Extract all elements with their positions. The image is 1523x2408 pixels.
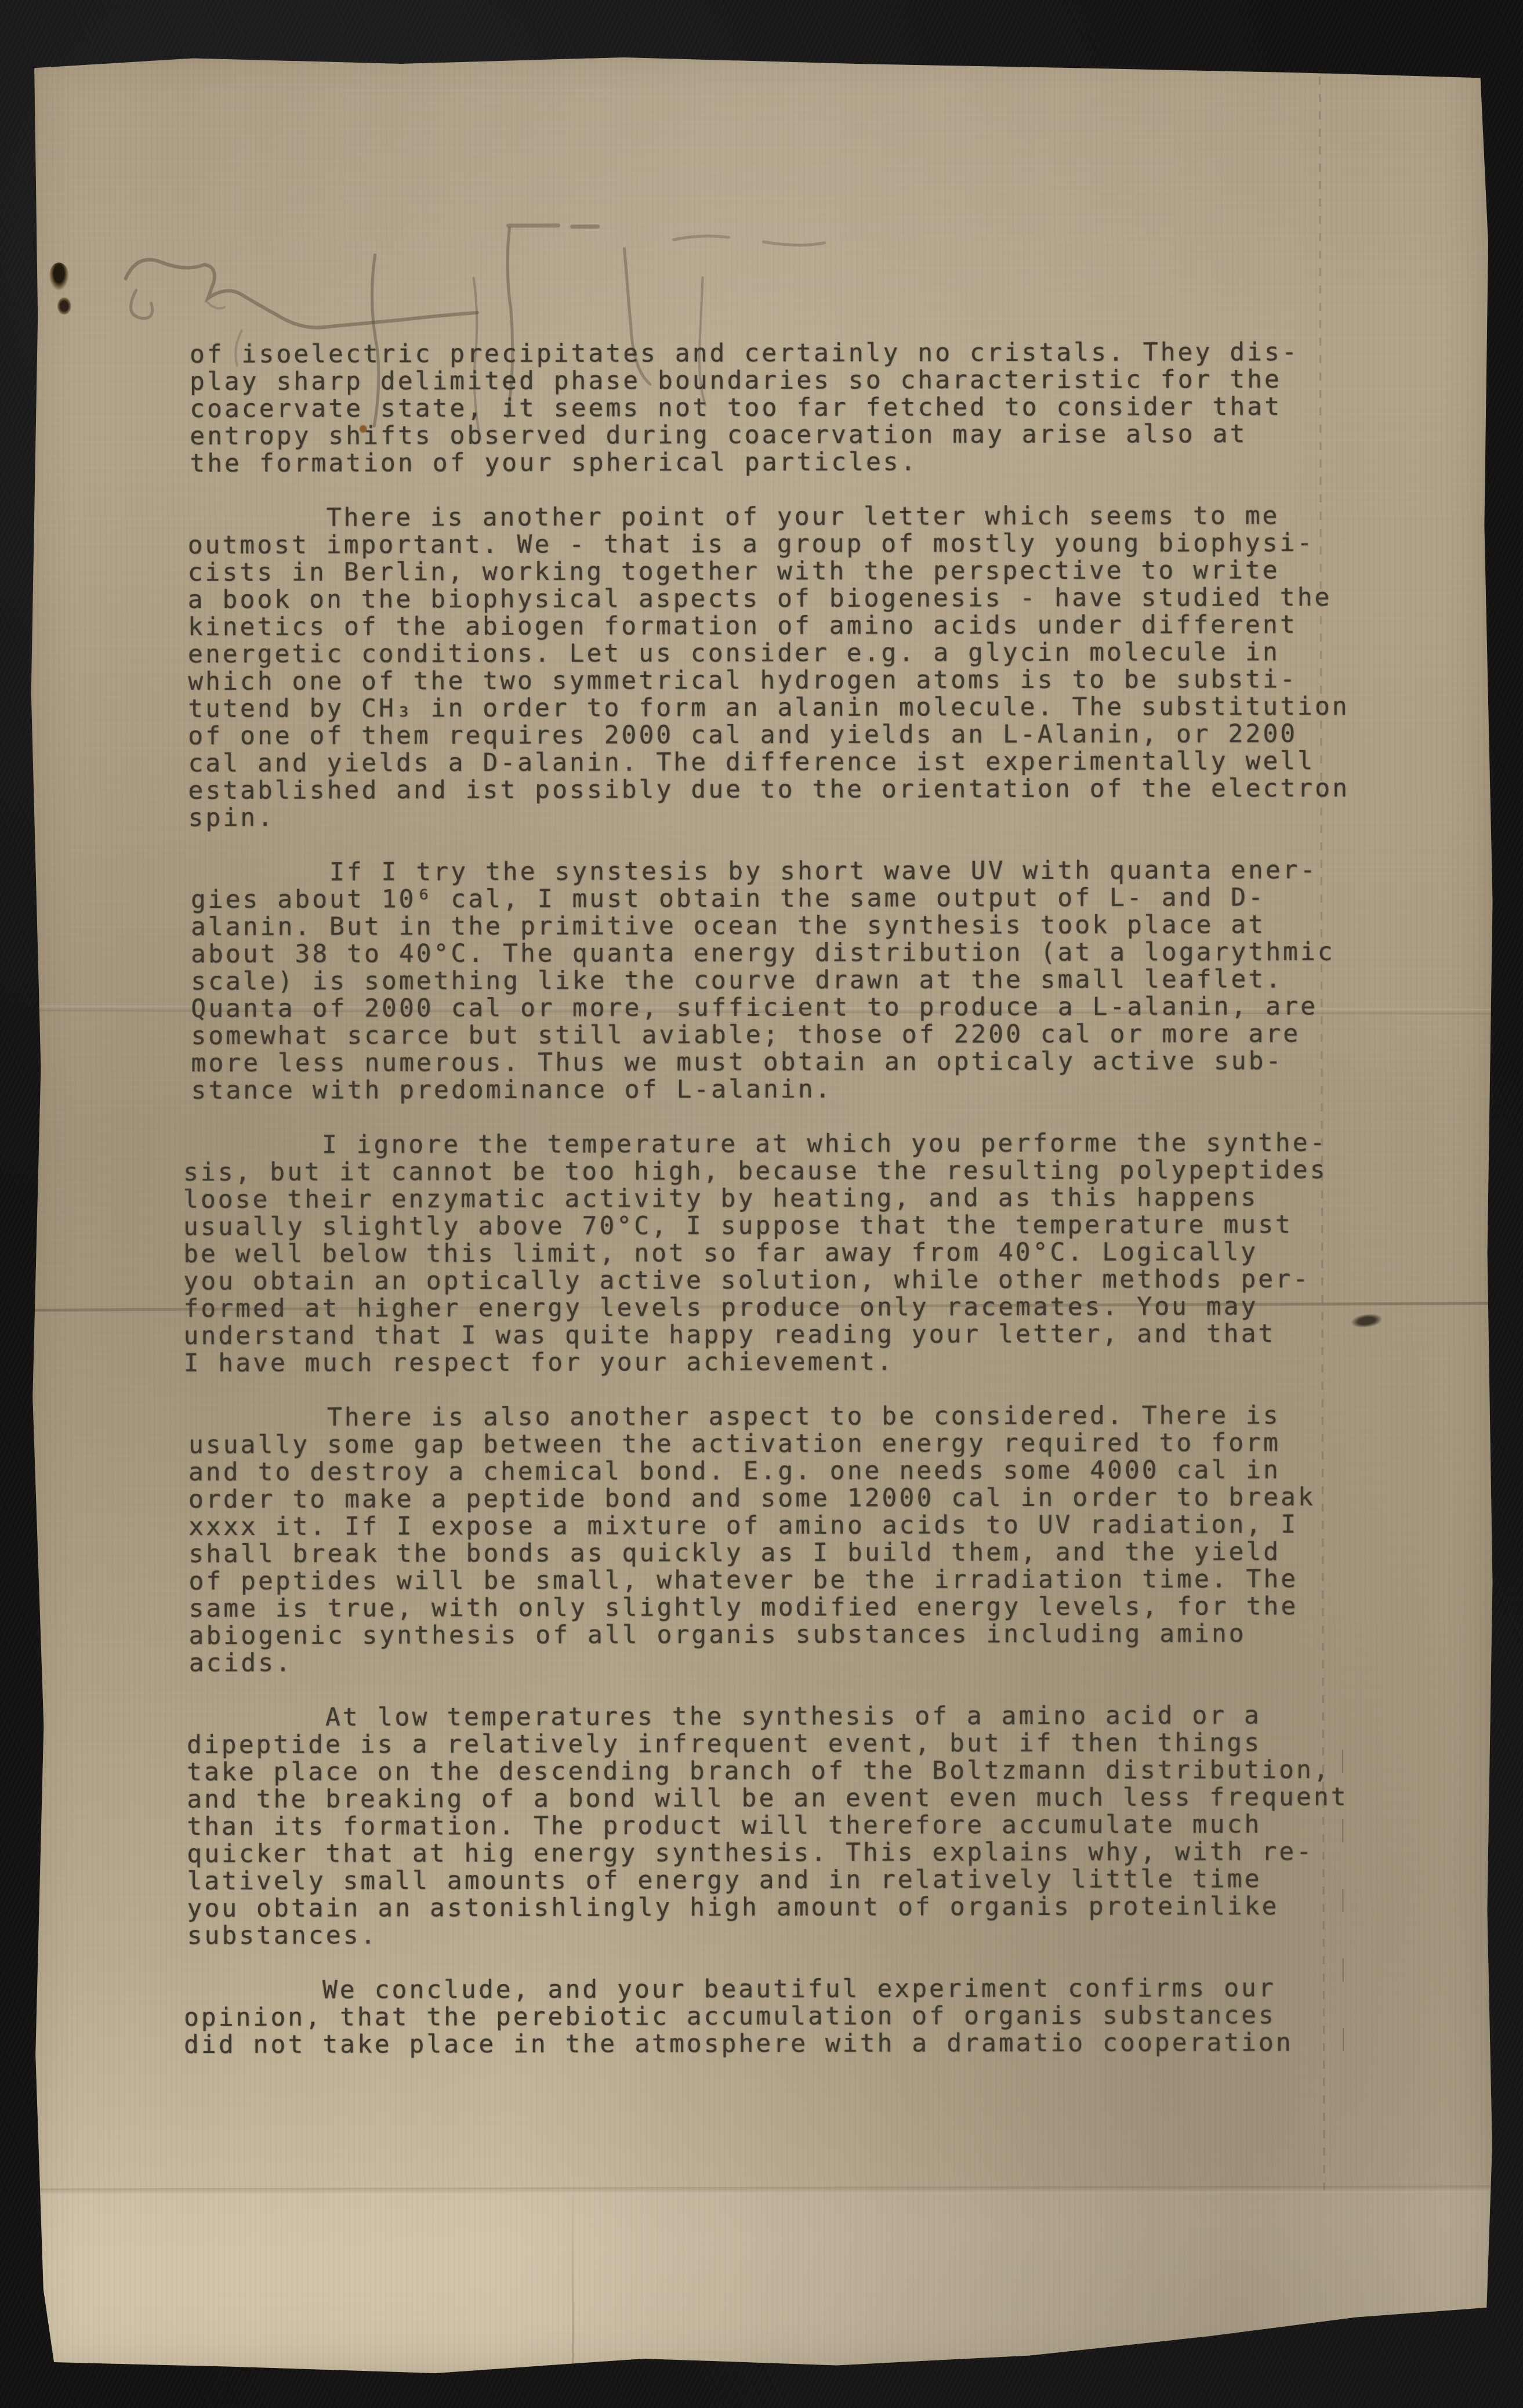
paragraph-low-temperatures: At low temperatures the synthesis of a a… bbox=[187, 1702, 1423, 1950]
paragraph-activation-energy: There is also another aspect to be consi… bbox=[188, 1402, 1422, 1677]
paper-tear-hole-small bbox=[57, 297, 71, 314]
paragraph-coacervate: of isoelectric precipitates and certainl… bbox=[190, 339, 1419, 477]
paragraph-temperature: I ignore the temperature at which you pe… bbox=[183, 1129, 1422, 1377]
vertical-crease-bottom bbox=[572, 2195, 574, 2374]
letter-page: of isoelectric precipitates and certainl… bbox=[15, 32, 1504, 2383]
letter-body: of isoelectric precipitates and certainl… bbox=[190, 339, 1423, 2059]
scanner-background: of isoelectric precipitates and certainl… bbox=[0, 0, 1523, 2408]
fold-light-area bbox=[20, 2192, 1505, 2383]
paragraph-berlin-group: There is another point of your letter wh… bbox=[187, 502, 1420, 832]
paper-tear-hole bbox=[49, 262, 69, 290]
paragraph-uv-synthesis: If I try the synstesis by short wave UV … bbox=[191, 857, 1421, 1105]
paragraph-conclusion: We conclude, and your beautiful experime… bbox=[184, 1975, 1423, 2059]
